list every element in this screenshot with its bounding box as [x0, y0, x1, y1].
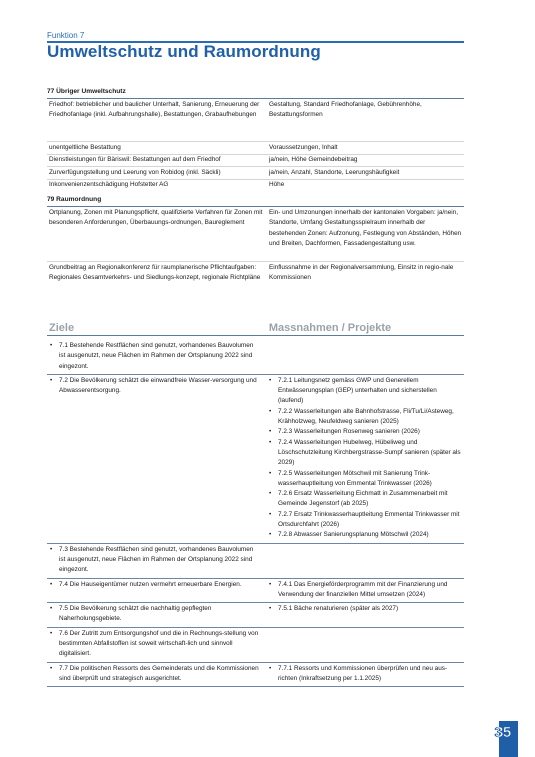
- page-number: 35: [495, 724, 511, 741]
- cell-scope: Ein- und Umzonungen innerhalb der kanton…: [267, 207, 464, 261]
- table-row: Grundbeitrag an Regionalkonferenz für ra…: [47, 262, 464, 284]
- cell-task: Ortplanung, Zonen mit Planungspflicht, q…: [47, 207, 267, 261]
- measures-cell: •7.7.1 Ressorts und Kommissionen überprü…: [267, 663, 464, 687]
- goal-text: 7.4 Die Hauseigentümer nutzen vermehrt e…: [59, 580, 242, 590]
- cell-scope: Voraussetzungen, Inhalt: [267, 142, 464, 153]
- measure-item: •7.2.7 Ersatz Trinkwasserhauptleitung Em…: [267, 510, 462, 531]
- goal-cell: •7.3 Bestehende Restflächen sind genutzt…: [47, 544, 267, 578]
- bullet-icon: •: [267, 664, 278, 685]
- table-77-heading: 77 Übriger Umweltschutz: [47, 87, 464, 99]
- goal-cell: •7.2 Die Bevölkerung schätzt die einwand…: [47, 375, 267, 543]
- measure-text: 7.2.1 Leitungsnetz gemäss GWP und Genere…: [278, 376, 462, 407]
- bullet-icon: •: [267, 376, 278, 407]
- table-row: Zurverfügungstellung und Leerung von Rob…: [47, 167, 464, 179]
- measure-text: 7.5.1 Bäche renaturieren (später als 202…: [278, 604, 398, 614]
- table-row: Friedhof: betrieblicher und baulicher Un…: [47, 99, 464, 142]
- bullet-icon: •: [49, 629, 59, 660]
- bullet-icon: •: [267, 530, 278, 540]
- measure-text: 7.2.8 Abwasser Sanierungsplanung Mötschw…: [278, 530, 429, 540]
- bullet-icon: •: [267, 427, 278, 437]
- goal-cell: •7.4 Die Hauseigentümer nutzen vermehrt …: [47, 579, 267, 603]
- measures-column-heading: Massnahmen / Projekte: [267, 322, 464, 334]
- goal-row: •7.5 Die Bevölkerung schätzt die nachhal…: [47, 603, 464, 628]
- goal-row: •7.3 Bestehende Restflächen sind genutzt…: [47, 544, 464, 579]
- bullet-icon: •: [267, 407, 278, 428]
- goal-row: •7.4 Die Hauseigentümer nutzen vermehrt …: [47, 579, 464, 604]
- bullet-icon: •: [49, 664, 59, 685]
- cell-task: Inkonvenienzentschädigung Hofstetter AG: [47, 180, 267, 191]
- measure-item: •7.2.6 Ersatz Wasserleitung Eichmatt in …: [267, 489, 462, 510]
- measures-cell: •7.2.1 Leitungsnetz gemäss GWP und Gener…: [267, 375, 464, 543]
- table-79-heading: 79 Raumordnung: [47, 195, 464, 207]
- goal-item: •7.7 Die politischen Ressorts des Gemein…: [49, 664, 261, 685]
- goal-item: •7.1 Bestehende Restflächen sind genutzt…: [49, 341, 261, 372]
- page-number-tab: 35: [499, 721, 518, 757]
- bullet-icon: •: [49, 545, 59, 576]
- section-kicker: Funktion 7: [47, 31, 84, 40]
- measure-item: •7.2.4 Wasserleitungen Hubelweg, Hübeliw…: [267, 438, 462, 469]
- measure-item: •7.5.1 Bäche renaturieren (später als 20…: [267, 604, 462, 614]
- bullet-icon: •: [49, 580, 59, 590]
- measure-text: 7.2.5 Wasserleitungen Mötschwil mit Sani…: [278, 469, 462, 490]
- table-row: Inkonvenienzentschädigung Hofstetter AG …: [47, 180, 464, 191]
- cell-task: Grundbeitrag an Regionalkonferenz für ra…: [47, 262, 267, 284]
- cell-task: Dienstleistungen für Bäriswil: Bestattun…: [47, 155, 267, 166]
- bullet-icon: •: [267, 580, 278, 601]
- table-row: Dienstleistungen für Bäriswil: Bestattun…: [47, 155, 464, 167]
- bullet-icon: •: [267, 489, 278, 510]
- goal-text: 7.5 Die Bevölkerung schätzt die nachhalt…: [59, 604, 261, 625]
- goal-row: •7.2 Die Bevölkerung schätzt die einwand…: [47, 375, 464, 544]
- measure-text: 7.2.7 Ersatz Trinkwasserhauptleitung Emm…: [278, 510, 462, 531]
- measure-item: •7.2.5 Wasserleitungen Mötschwil mit San…: [267, 469, 462, 490]
- goal-cell: •7.7 Die politischen Ressorts des Gemein…: [47, 663, 267, 687]
- bullet-icon: •: [267, 469, 278, 490]
- goal-cell: •7.5 Die Bevölkerung schätzt die nachhal…: [47, 603, 267, 627]
- goal-row: •7.1 Bestehende Restflächen sind genutzt…: [47, 340, 464, 375]
- goal-text: 7.7 Die politischen Ressorts des Gemeind…: [59, 664, 261, 685]
- measures-cell: [267, 340, 464, 374]
- bullet-icon: •: [267, 438, 278, 469]
- goal-text: 7.6 Der Zutritt zum Entsorgungshof und d…: [59, 629, 261, 660]
- measures-cell: •7.4.1 Das Energieförderprogramm mit der…: [267, 579, 464, 603]
- goal-cell: •7.1 Bestehende Restflächen sind genutzt…: [47, 340, 267, 374]
- table-row: Ortplanung, Zonen mit Planungspflicht, q…: [47, 207, 464, 262]
- cell-scope: ja/nein, Höhe Gemeindebeitrag: [267, 155, 464, 166]
- measure-item: •7.4.1 Das Energieförderprogramm mit der…: [267, 580, 462, 601]
- measure-text: 7.2.4 Wasserleitungen Hubelweg, Hübeliwe…: [278, 438, 462, 469]
- measure-text: 7.4.1 Das Energieförderprogramm mit der …: [278, 580, 462, 601]
- goals-table: •7.1 Bestehende Restflächen sind genutzt…: [47, 340, 464, 687]
- cell-scope: Höhe: [267, 180, 464, 191]
- goal-text: 7.2 Die Bevölkerung schätzt die einwandf…: [59, 376, 261, 397]
- measure-item: •7.2.2 Wasserleitungen alte Bahnhofstras…: [267, 407, 462, 428]
- cell-task: Friedhof: betrieblicher und baulicher Un…: [47, 99, 267, 141]
- cell-task: Zurverfügungstellung und Leerung von Rob…: [47, 167, 267, 178]
- measure-text: 7.2.2 Wasserleitungen alte Bahnhofstrass…: [278, 407, 462, 428]
- goal-item: •7.3 Bestehende Restflächen sind genutzt…: [49, 545, 261, 576]
- measures-cell: [267, 544, 464, 578]
- measure-text: 7.7.1 Ressorts und Kommissionen überprüf…: [278, 664, 462, 685]
- table-77: 77 Übriger Umweltschutz Friedhof: betrie…: [47, 87, 464, 191]
- measure-text: 7.2.6 Ersatz Wasserleitung Eichmatt in Z…: [278, 489, 462, 510]
- table-row: unentgeltliche Bestattung Voraussetzunge…: [47, 142, 464, 154]
- measure-item: •7.2.1 Leitungsnetz gemäss GWP und Gener…: [267, 376, 462, 407]
- cell-scope: Gestaltung, Standard Friedhofanlage, Geb…: [267, 99, 464, 141]
- goal-text: 7.3 Bestehende Restflächen sind genutzt,…: [59, 545, 261, 576]
- page-title: Umweltschutz und Raumordnung: [47, 42, 321, 62]
- goal-row: •7.7 Die politischen Ressorts des Gemein…: [47, 663, 464, 688]
- goal-item: •7.6 Der Zutritt zum Entsorgungshof und …: [49, 629, 261, 660]
- goal-cell: •7.6 Der Zutritt zum Entsorgungshof und …: [47, 628, 267, 662]
- bullet-icon: •: [267, 510, 278, 531]
- bullet-icon: •: [267, 604, 278, 614]
- goals-header: Ziele Massnahmen / Projekte: [47, 322, 464, 336]
- goal-row: •7.6 Der Zutritt zum Entsorgungshof und …: [47, 628, 464, 663]
- measure-text: 7.2.3 Wasserleitungen Rosenweg sanieren …: [278, 427, 420, 437]
- measures-cell: •7.5.1 Bäche renaturieren (später als 20…: [267, 603, 464, 627]
- table-79: 79 Raumordnung Ortplanung, Zonen mit Pla…: [47, 195, 464, 284]
- measure-item: •7.2.8 Abwasser Sanierungsplanung Mötsch…: [267, 530, 462, 540]
- bullet-icon: •: [49, 604, 59, 625]
- measure-item: •7.2.3 Wasserleitungen Rosenweg sanieren…: [267, 427, 462, 437]
- goal-text: 7.1 Bestehende Restflächen sind genutzt,…: [59, 341, 261, 372]
- goals-column-heading: Ziele: [47, 322, 267, 334]
- cell-task: unentgeltliche Bestattung: [47, 142, 267, 153]
- goal-item: •7.5 Die Bevölkerung schätzt die nachhal…: [49, 604, 261, 625]
- bullet-icon: •: [49, 341, 59, 372]
- goal-item: •7.2 Die Bevölkerung schätzt die einwand…: [49, 376, 261, 397]
- cell-scope: Einflussnahme in der Regionalversammlung…: [267, 262, 464, 284]
- measures-cell: [267, 628, 464, 662]
- bullet-icon: •: [49, 376, 59, 397]
- cell-scope: ja/nein, Anzahl, Standorte, Leerungshäuf…: [267, 167, 464, 178]
- goal-item: •7.4 Die Hauseigentümer nutzen vermehrt …: [49, 580, 261, 590]
- measure-item: •7.7.1 Ressorts und Kommissionen überprü…: [267, 664, 462, 685]
